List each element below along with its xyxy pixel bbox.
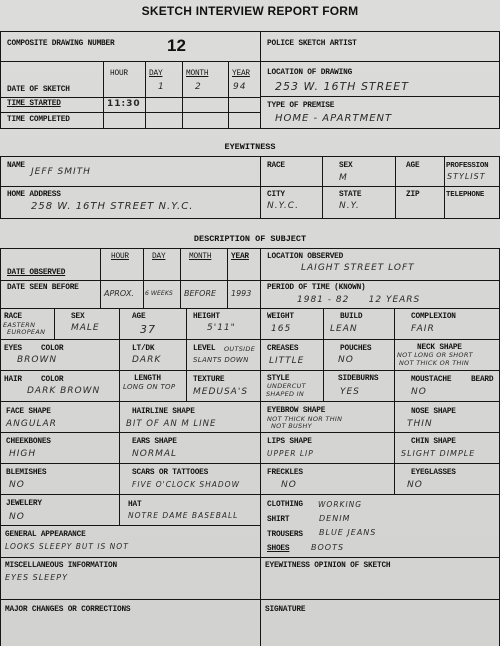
- eyewitness-city-field[interactable]: CITY N.Y.C.: [260, 186, 323, 219]
- neck-shape-value-line1: NOT LONG OR SHORT: [397, 352, 473, 359]
- subject-ltdk-field[interactable]: LT/DK DARK: [119, 339, 187, 371]
- hairline-shape-value: BIT OF AN M LINE: [126, 419, 216, 429]
- subject-complexion-field[interactable]: COMPLEXION FAIR: [394, 308, 500, 340]
- eye-level-label: LEVEL: [193, 345, 215, 353]
- ltdk-value: DARK: [132, 355, 161, 365]
- chin-shape-value: SLIGHT DIMPLE: [401, 449, 475, 458]
- police-sketch-artist-label: POLICE SKETCH ARTIST: [267, 40, 357, 48]
- eyewitness-name-field[interactable]: NAME JEFF SMITH: [0, 156, 261, 187]
- ears-shape-value: NORMAL: [132, 449, 177, 459]
- hair-texture-label: TEXTURE: [193, 376, 224, 384]
- subject-year-column-label: YEAR: [231, 253, 249, 261]
- general-appearance-field[interactable]: GENERAL APPEARANCE LOOKS SLEEPY BUT IS N…: [0, 525, 261, 558]
- subject-day-column-label: DAY: [152, 253, 165, 261]
- subject-neck-shape-field[interactable]: NECK SHAPE NOT LONG OR SHORT NOT THICK O…: [394, 339, 500, 371]
- composite-drawing-number-field[interactable]: COMPOSITE DRAWING NUMBER 12: [0, 31, 261, 62]
- hair-color-label: COLOR: [41, 376, 63, 384]
- date-seen-before-hour-value: APROX.: [104, 289, 134, 298]
- period-of-time-value: 1981 - 82 12 YEARS: [297, 295, 420, 305]
- subject-hair-texture-field[interactable]: TEXTURE MEDUSA'S: [186, 370, 261, 402]
- subject-eyeglasses-field[interactable]: EYEGLASSES NO: [394, 463, 500, 495]
- misc-information-label: MISCELLANEOUS INFORMATION: [5, 562, 117, 570]
- date-observed-hour[interactable]: HOUR: [100, 248, 144, 281]
- time-completed-hour[interactable]: [103, 112, 146, 129]
- subject-eye-level-field[interactable]: LEVEL OUTSIDE SLANTS DOWN: [186, 339, 261, 371]
- hair-style-value-line2: SHAPED IN: [266, 391, 304, 398]
- date-of-sketch-month-value: 2: [195, 82, 202, 92]
- subject-weight-label: WEIGHT: [267, 313, 294, 321]
- subject-face-shape-field[interactable]: FACE SHAPE ANGULAR: [0, 401, 120, 433]
- eyewitness-home-address-field[interactable]: HOME ADDRESS 258 W. 16TH STREET N.Y.C.: [0, 186, 261, 219]
- subject-age-field[interactable]: AGE 37: [119, 308, 187, 340]
- eyewitness-opinion-label: EYEWITNESS OPINION OF SKETCH: [265, 562, 390, 570]
- chin-shape-label: CHIN SHAPE: [411, 438, 456, 446]
- eyewitness-age-field[interactable]: AGE: [395, 156, 445, 187]
- state-label: STATE: [339, 191, 361, 199]
- face-shape-value: ANGULAR: [6, 419, 57, 429]
- jewelery-label: JEWELERY: [6, 500, 42, 508]
- eyewitness-zip-field[interactable]: ZIP: [395, 186, 445, 219]
- subject-height-label: HEIGHT: [193, 313, 220, 321]
- creases-label: CREASES: [267, 345, 298, 353]
- blemishes-label: BLEMISHES: [6, 469, 46, 477]
- subject-creases-field[interactable]: CREASES LITTLE: [260, 339, 324, 371]
- subject-sex-label: SEX: [71, 313, 84, 321]
- home-address-label: HOME ADDRESS: [7, 191, 61, 199]
- date-observed-year[interactable]: YEAR: [227, 248, 261, 281]
- subject-eyes-color-field[interactable]: EYES COLOR BROWN: [0, 339, 120, 371]
- clothing-label: CLOTHING: [267, 501, 303, 509]
- moustache-value: NO: [411, 387, 427, 397]
- freckles-value: NO: [281, 480, 297, 490]
- hair-length-value: LONG ON TOP: [123, 384, 175, 391]
- cheekbones-value: HIGH: [9, 449, 36, 459]
- lips-shape-label: LIPS SHAPE: [267, 438, 312, 446]
- subject-eyebrow-shape-field[interactable]: EYEBROW SHAPE NOT THICK NOR THIN NOT BUS…: [260, 401, 395, 433]
- major-changes-field[interactable]: MAJOR CHANGES OR CORRECTIONS: [0, 599, 261, 646]
- eyeglasses-value: NO: [407, 480, 423, 490]
- date-seen-before-label: DATE SEEN BEFORE: [7, 284, 79, 292]
- date-observed-label: DATE OBSERVED: [7, 269, 65, 277]
- race-label: RACE: [267, 162, 285, 170]
- date-of-sketch-month[interactable]: MONTH 2: [182, 61, 229, 98]
- home-address-value: 258 W. 16TH STREET N.Y.C.: [31, 201, 193, 212]
- location-of-drawing-field[interactable]: LOCATION OF DRAWING 253 W. 16TH STREET: [260, 61, 500, 97]
- date-of-sketch-day[interactable]: DAY 1: [145, 61, 183, 98]
- date-of-sketch-year-value: 94: [233, 82, 246, 92]
- date-of-sketch-day-value: 1: [158, 82, 165, 92]
- day-column-label: DAY: [149, 70, 162, 78]
- subject-race-field[interactable]: RACE EASTERN EUROPEAN: [0, 308, 55, 340]
- hour-column-label: HOUR: [110, 70, 128, 78]
- year-column-label: YEAR: [232, 70, 250, 78]
- city-value: N.Y.C.: [267, 201, 299, 211]
- composite-drawing-number-label: COMPOSITE DRAWING NUMBER: [7, 40, 115, 48]
- subject-section-title: DESCRIPTION OF SUBJECT: [0, 234, 500, 244]
- subject-build-label: BUILD: [340, 313, 362, 321]
- subject-weight-field[interactable]: WEIGHT 165: [260, 308, 324, 340]
- eyes-label: EYES: [4, 345, 22, 353]
- freckles-label: FRECKLES: [267, 469, 303, 477]
- trousers-value: BLUE JEANS: [319, 528, 376, 537]
- state-value: N.Y.: [339, 201, 360, 211]
- location-observed-label: LOCATION OBSERVED: [267, 253, 343, 261]
- subject-race-label: RACE: [4, 313, 22, 321]
- subject-age-label: AGE: [132, 313, 145, 321]
- time-started-hour[interactable]: 11:30: [103, 97, 146, 113]
- time-started-day[interactable]: [145, 97, 183, 113]
- subject-lips-shape-field[interactable]: LIPS SHAPE UPPER LIP: [260, 432, 395, 464]
- subject-sex-field[interactable]: SEX MALE: [54, 308, 120, 340]
- date-seen-before-year-value: 1993: [231, 289, 251, 298]
- cheekbones-label: CHEEKBONES: [6, 438, 51, 446]
- subject-build-field[interactable]: BUILD LEAN: [323, 308, 395, 340]
- shirt-label: SHIRT: [267, 516, 289, 524]
- misc-information-field[interactable]: MISCELLANEOUS INFORMATION EYES SLEEPY: [0, 557, 261, 600]
- date-seen-before-month-value: BEFORE: [184, 289, 216, 298]
- scars-tattoos-value: FIVE O'CLOCK SHADOW: [132, 480, 240, 489]
- sideburns-value: YES: [340, 387, 360, 397]
- subject-hair-length-field[interactable]: LENGTH LONG ON TOP: [119, 370, 187, 402]
- time-completed-month[interactable]: [182, 112, 229, 129]
- subject-hair-color-field[interactable]: HAIR COLOR DARK BROWN: [0, 370, 120, 402]
- subject-scars-tattoos-field[interactable]: SCARS OR TATTOOES FIVE O'CLOCK SHADOW: [119, 463, 261, 495]
- subject-sideburns-field[interactable]: SIDEBURNS YES: [323, 370, 395, 402]
- subject-freckles-field[interactable]: FRECKLES NO: [260, 463, 395, 495]
- clothing-value: WORKING: [318, 500, 362, 509]
- time-completed-row: TIME COMPLETED: [0, 112, 104, 129]
- composite-drawing-number-value: 12: [167, 36, 186, 56]
- date-seen-before-hour[interactable]: APROX.: [100, 280, 144, 309]
- hairline-shape-label: HAIRLINE SHAPE: [132, 408, 195, 416]
- date-of-sketch-year[interactable]: YEAR 94: [228, 61, 261, 98]
- sideburns-label: SIDEBURNS: [338, 375, 378, 383]
- time-started-month[interactable]: [182, 97, 229, 113]
- moustache-label: MOUSTACHE: [411, 376, 451, 384]
- hair-length-label: LENGTH: [134, 375, 161, 383]
- date-observed-row: DATE OBSERVED: [0, 248, 101, 281]
- sex-value: M: [339, 173, 348, 183]
- telephone-label: TELEPHONE: [446, 191, 484, 199]
- hat-label: HAT: [128, 501, 141, 509]
- date-seen-before-day-value: 6 WEEKS: [145, 290, 173, 297]
- ears-shape-label: EARS SHAPE: [132, 438, 177, 446]
- eyes-color-value: BROWN: [17, 355, 57, 365]
- subject-complexion-label: COMPLEXION: [411, 313, 456, 321]
- eyebrow-shape-value-line2: NOT BUSHY: [271, 423, 312, 430]
- face-shape-label: FACE SHAPE: [6, 408, 51, 416]
- time-completed-label: TIME COMPLETED: [7, 116, 70, 124]
- eyewitness-opinion-field[interactable]: EYEWITNESS OPINION OF SKETCH: [260, 557, 500, 600]
- nose-shape-value: THIN: [407, 419, 433, 429]
- blemishes-value: NO: [9, 480, 25, 490]
- hair-style-value-line1: UNDERCUT: [267, 383, 306, 390]
- form-paper: SKETCH INTERVIEW REPORT FORM COMPOSITE D…: [0, 0, 500, 646]
- month-column-label: MONTH: [186, 70, 208, 78]
- type-of-premise-value: HOME - APARTMENT: [275, 113, 392, 124]
- subject-hairline-shape-field[interactable]: HAIRLINE SHAPE BIT OF AN M LINE: [119, 401, 261, 433]
- name-value: JEFF SMITH: [31, 167, 91, 177]
- subject-moustache-beard-field[interactable]: MOUSTACHE BEARD NO: [394, 370, 500, 402]
- city-label: CITY: [267, 191, 285, 199]
- time-started-value: 11:30: [107, 99, 141, 109]
- time-completed-day[interactable]: [145, 112, 183, 129]
- subject-month-column-label: MONTH: [189, 253, 211, 261]
- eyewitness-profession-field[interactable]: PROFESSION STYLIST: [444, 156, 500, 187]
- eyewitness-telephone-field[interactable]: TELEPHONE: [444, 186, 500, 219]
- eyebrow-shape-label: EYEBROW SHAPE: [267, 407, 325, 415]
- date-seen-before-month[interactable]: BEFORE: [180, 280, 228, 309]
- form-title: SKETCH INTERVIEW REPORT FORM: [0, 4, 500, 18]
- time-started-year[interactable]: [228, 97, 261, 113]
- period-of-time-label: PERIOD OF TIME (KNOWN): [267, 284, 366, 292]
- creases-value: LITTLE: [269, 356, 304, 366]
- subject-complexion-value: FAIR: [411, 324, 435, 334]
- subject-height-field[interactable]: HEIGHT 5'11": [186, 308, 261, 340]
- age-label: AGE: [406, 162, 419, 170]
- eyewitness-section-title: EYEWITNESS: [0, 142, 500, 152]
- subject-age-value: 37: [140, 323, 156, 336]
- major-changes-label: MAJOR CHANGES OR CORRECTIONS: [5, 606, 130, 614]
- signature-field[interactable]: SIGNATURE: [260, 599, 500, 646]
- subject-nose-shape-field[interactable]: NOSE SHAPE THIN: [394, 401, 500, 433]
- subject-hat-field[interactable]: HAT NOTRE DAME BASEBALL: [119, 494, 261, 526]
- shoes-label: SHOES: [267, 545, 289, 553]
- date-of-sketch-label: DATE OF SKETCH: [7, 86, 70, 94]
- date-observed-month[interactable]: MONTH: [180, 248, 228, 281]
- zip-label: ZIP: [406, 191, 419, 199]
- subject-chin-shape-field[interactable]: CHIN SHAPE SLIGHT DIMPLE: [394, 432, 500, 464]
- hair-color-value: DARK BROWN: [27, 386, 100, 396]
- date-observed-day[interactable]: DAY: [143, 248, 181, 281]
- pouches-label: POUCHES: [340, 345, 371, 353]
- profession-value: STYLIST: [447, 172, 486, 181]
- period-of-time-field[interactable]: PERIOD OF TIME (KNOWN) 1981 - 82 12 YEAR…: [260, 280, 500, 309]
- eyes-color-label: COLOR: [41, 345, 63, 353]
- signature-label: SIGNATURE: [265, 606, 305, 614]
- date-seen-before-year[interactable]: 1993: [227, 280, 261, 309]
- profession-label: PROFESSION: [446, 162, 488, 170]
- sex-label: SEX: [339, 162, 352, 170]
- location-observed-field[interactable]: LOCATION OBSERVED LAIGHT STREET LOFT: [260, 248, 500, 281]
- general-appearance-value: LOOKS SLEEPY BUT IS NOT: [5, 542, 129, 551]
- name-label: NAME: [7, 162, 25, 170]
- pouches-value: NO: [338, 355, 354, 365]
- nose-shape-label: NOSE SHAPE: [411, 408, 456, 416]
- neck-shape-value-line2: NOT THICK OR THIN: [399, 360, 469, 367]
- subject-hair-style-field[interactable]: STYLE UNDERCUT SHAPED IN: [260, 370, 324, 402]
- ltdk-label: LT/DK: [132, 345, 154, 353]
- eye-level-value-line1: OUTSIDE: [224, 346, 255, 353]
- subject-blemishes-field[interactable]: BLEMISHES NO: [0, 463, 120, 495]
- subject-cheekbones-field[interactable]: CHEEKBONES HIGH: [0, 432, 120, 464]
- subject-height-value: 5'11": [207, 323, 236, 333]
- eyewitness-race-field[interactable]: RACE: [260, 156, 323, 187]
- subject-weight-value: 165: [271, 324, 291, 334]
- general-appearance-label: GENERAL APPEARANCE: [5, 531, 86, 539]
- type-of-premise-field[interactable]: TYPE OF PREMISE HOME - APARTMENT: [260, 96, 500, 129]
- trousers-label: TROUSERS: [267, 531, 303, 539]
- police-sketch-artist-field[interactable]: POLICE SKETCH ARTIST: [260, 31, 500, 62]
- location-of-drawing-value: 253 W. 16TH STREET: [275, 80, 409, 93]
- date-of-sketch-hour[interactable]: HOUR: [103, 61, 146, 98]
- subject-ears-shape-field[interactable]: EARS SHAPE NORMAL: [119, 432, 261, 464]
- subject-clothing-field[interactable]: CLOTHING WORKING SHIRT DENIM TROUSERS BL…: [260, 494, 500, 558]
- lips-shape-value: UPPER LIP: [267, 449, 314, 458]
- subject-pouches-field[interactable]: POUCHES NO: [323, 339, 395, 371]
- eye-level-value-line2: SLANTS DOWN: [193, 357, 249, 364]
- time-completed-year[interactable]: [228, 112, 261, 129]
- date-seen-before-row: DATE SEEN BEFORE: [0, 280, 101, 309]
- misc-information-value: EYES SLEEPY: [5, 573, 68, 582]
- hair-texture-value: MEDUSA'S: [193, 387, 248, 397]
- date-seen-before-day[interactable]: 6 WEEKS: [143, 280, 181, 309]
- time-started-label: TIME STARTED: [7, 100, 61, 108]
- eyewitness-sex-field[interactable]: SEX M: [322, 156, 396, 187]
- hair-label: HAIR: [4, 376, 22, 384]
- location-observed-value: LAIGHT STREET LOFT: [301, 263, 415, 273]
- subject-sex-value: MALE: [71, 323, 100, 333]
- eyeglasses-label: EYEGLASSES: [411, 469, 456, 477]
- subject-race-value-line2: EUROPEAN: [7, 329, 45, 336]
- shirt-value: DENIM: [319, 514, 350, 523]
- hat-value: NOTRE DAME BASEBALL: [128, 511, 238, 520]
- time-started-row: TIME STARTED: [0, 97, 104, 113]
- subject-build-value: LEAN: [330, 324, 358, 334]
- subject-hour-column-label: HOUR: [111, 253, 129, 261]
- scars-tattoos-label: SCARS OR TATTOOES: [132, 469, 208, 477]
- jewelery-value: NO: [9, 512, 25, 522]
- beard-label: BEARD: [471, 376, 493, 384]
- subject-jewelery-field[interactable]: JEWELERY NO: [0, 494, 120, 526]
- location-of-drawing-label: LOCATION OF DRAWING: [267, 69, 352, 77]
- shoes-value: BOOTS: [311, 543, 344, 552]
- type-of-premise-label: TYPE OF PREMISE: [267, 102, 334, 110]
- eyewitness-state-field[interactable]: STATE N.Y.: [322, 186, 396, 219]
